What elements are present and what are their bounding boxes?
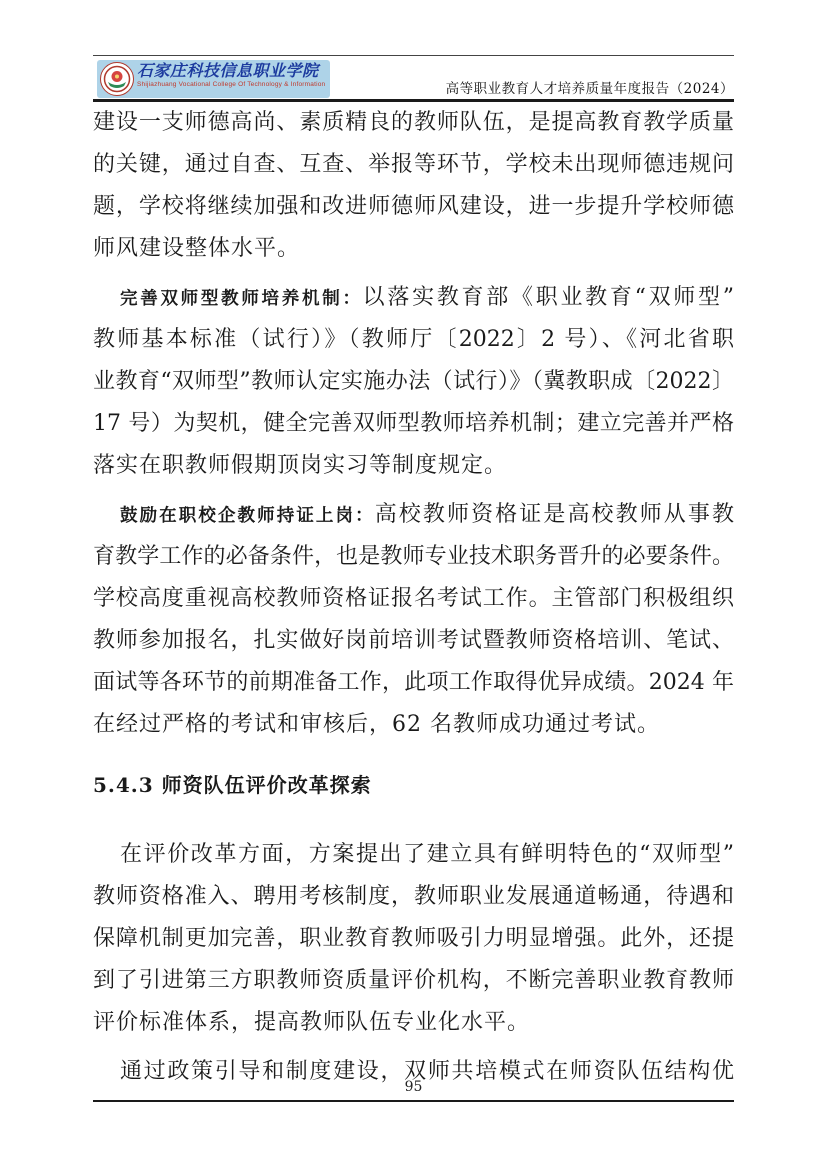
text-line: 教师基本标准（试行）》（教师厅〔2022〕2 号）、《河北省职: [93, 319, 734, 361]
text-line: 师风建设整体水平。: [93, 228, 734, 270]
text-line: 鼓励在职校企教师持证上岗：高校教师资格证是高校教师从事教: [93, 494, 734, 536]
paragraph: 在评价改革方面，方案提出了建立具有鲜明特色的“双师型”教师资格准入、聘用考核制度…: [93, 834, 734, 1044]
text-line: 评价标准体系，提高教师队伍专业化水平。: [93, 1002, 734, 1044]
text-line: 业教育“双师型”教师认定实施办法（试行）》（冀教职成〔2022〕: [93, 361, 734, 403]
text-line: 17 号）为契机，健全完善双师型教师培养机制；建立完善并严格: [93, 403, 734, 445]
footer-rule: [93, 1100, 734, 1102]
college-emblem-icon: [100, 62, 134, 96]
text-run: 高校教师资格证是高校教师从事教: [375, 502, 734, 527]
text-line: 的关键，通过自查、互查、举报等环节，学校未出现师德违规问: [93, 144, 734, 186]
college-name-cn: 石家庄科技信息职业学院: [137, 61, 319, 80]
text-line: 完善双师型教师培养机制：以落实教育部《职业教育“双师型”: [93, 277, 734, 319]
header-top-rule: [93, 55, 734, 56]
paragraph: 完善双师型教师培养机制：以落实教育部《职业教育“双师型”教师基本标准（试行）》（…: [93, 277, 734, 487]
text-line: 题，学校将继续加强和改进师德师风建设，进一步提升学校师德: [93, 186, 734, 228]
section-heading: 5.4.3 师资队伍评价改革探索: [93, 770, 734, 800]
college-logo: 石家庄科技信息职业学院 Shijiazhuang Vocational Coll…: [97, 60, 330, 98]
text-line: 面试等各环节的前期准备工作，此项工作取得优异成绩。2024 年: [93, 662, 734, 704]
college-name-en: Shijiazhuang Vocational College Of Techn…: [137, 82, 327, 89]
text-line: 建设一支师德高尚、素质精良的教师队伍，是提高教育教学质量: [93, 102, 734, 144]
text-line: 育教学工作的必备条件，也是教师专业技术职务晋升的必要条件。: [93, 536, 734, 578]
text-line: 在评价改革方面，方案提出了建立具有鲜明特色的“双师型”: [93, 834, 734, 876]
page-number: 95: [0, 1079, 827, 1095]
paragraph: 鼓励在职校企教师持证上岗：高校教师资格证是高校教师从事教育教学工作的必备条件，也…: [93, 494, 734, 746]
report-title: 高等职业教育人才培养质量年度报告（2024）: [446, 77, 734, 97]
run-in-heading: 鼓励在职校企教师持证上岗：: [120, 505, 375, 525]
text-line: 教师参加报名，扎实做好岗前培训考试暨教师资格培训、笔试、: [93, 620, 734, 662]
text-line: 落实在职教师假期顶岗实习等制度规定。: [93, 445, 734, 487]
text-run: 以落实教育部《职业教育“双师型”: [363, 285, 734, 310]
text-line: 教师资格准入、聘用考核制度，教师职业发展通道畅通，待遇和: [93, 876, 734, 918]
text-line: 保障机制更加完善，职业教育教师吸引力明显增强。此外，还提: [93, 918, 734, 960]
text-line: 学校高度重视高校教师资格证报名考试工作。主管部门积极组织: [93, 578, 734, 620]
college-name: 石家庄科技信息职业学院 Shijiazhuang Vocational Coll…: [137, 63, 327, 89]
run-in-heading: 完善双师型教师培养机制：: [120, 288, 363, 308]
document-page: 石家庄科技信息职业学院 Shijiazhuang Vocational Coll…: [0, 0, 827, 1169]
body-content: 建设一支师德高尚、素质精良的教师队伍，是提高教育教学质量的关键，通过自查、互查、…: [93, 102, 734, 1100]
text-line: 在经过严格的考试和审核后，62 名教师成功通过考试。: [93, 704, 734, 746]
text-line: 到了引进第三方职教师资质量评价机构，不断完善职业教育教师: [93, 960, 734, 1002]
paragraph: 建设一支师德高尚、素质精良的教师队伍，是提高教育教学质量的关键，通过自查、互查、…: [93, 102, 734, 270]
